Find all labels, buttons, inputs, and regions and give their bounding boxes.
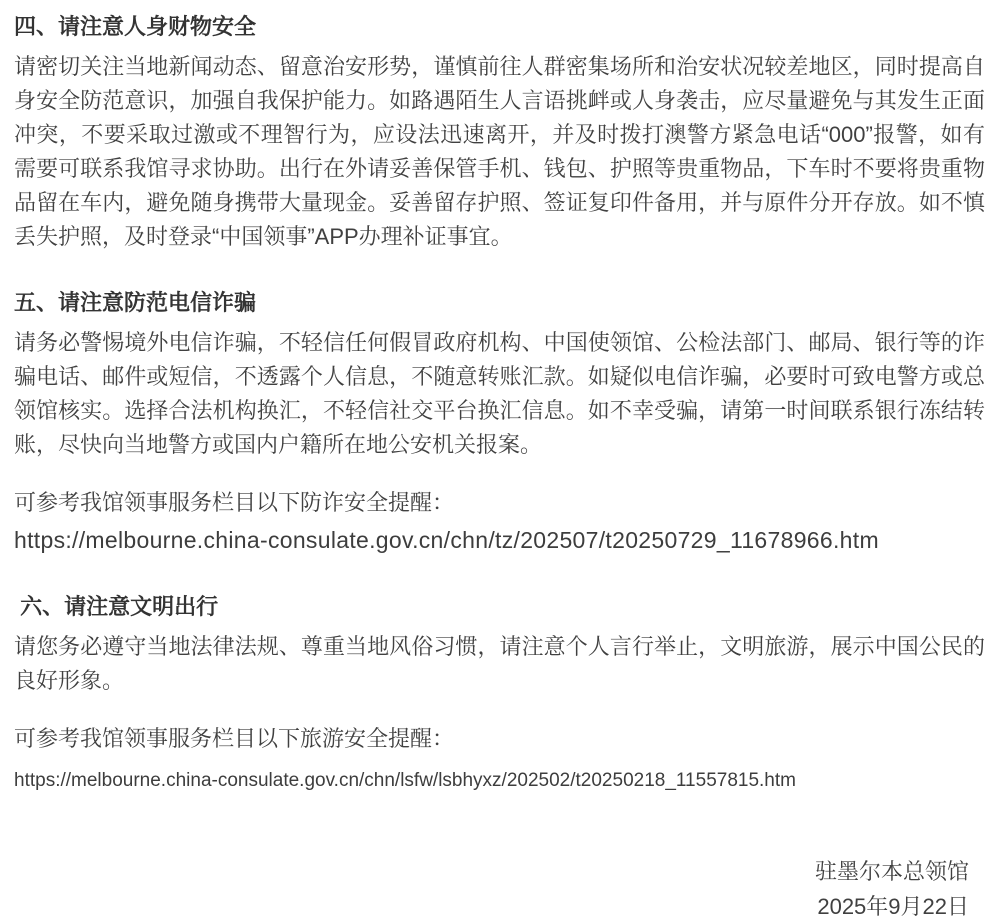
section-personal-safety-heading: 四、请注意人身财物安全 — [14, 12, 985, 42]
consular-notice-document: 四、请注意人身财物安全 请密切关注当地新闻动态、留意治安形势，谨慎前往人群密集场… — [0, 0, 999, 922]
section-civilized-travel-paragraph: 请您务必遵守当地法律法规、尊重当地风俗习惯，请注意个人言行举止，文明旅游，展示中… — [14, 630, 985, 698]
section-civilized-travel: 六、请注意文明出行 请您务必遵守当地法律法规、尊重当地风俗习惯，请注意个人言行举… — [14, 592, 985, 796]
anti-fraud-reference-url: https://melbourne.china-consulate.gov.cn… — [14, 522, 985, 558]
signature-date: 2025年9月22日 — [14, 889, 969, 922]
section-telecom-fraud-paragraph: 请务必警惕境外电信诈骗，不轻信任何假冒政府机构、中国使领馆、公检法部门、邮局、银… — [14, 326, 985, 462]
section-personal-safety: 四、请注意人身财物安全 请密切关注当地新闻动态、留意治安形势，谨慎前往人群密集场… — [14, 12, 985, 254]
signature-author: 驻墨尔本总领馆 — [14, 854, 969, 889]
travel-safety-reference-url: https://melbourne.china-consulate.gov.cn… — [14, 766, 985, 796]
anti-fraud-reference-label: 可参考我馆领事服务栏目以下防诈安全提醒： — [14, 486, 985, 520]
section-telecom-fraud-heading: 五、请注意防范电信诈骗 — [14, 288, 985, 318]
section-civilized-travel-heading: 六、请注意文明出行 — [14, 592, 985, 622]
travel-safety-reference-label: 可参考我馆领事服务栏目以下旅游安全提醒： — [14, 722, 985, 756]
signature-block: 驻墨尔本总领馆 2025年9月22日 — [14, 854, 985, 922]
section-personal-safety-paragraph: 请密切关注当地新闻动态、留意治安形势，谨慎前往人群密集场所和治安状况较差地区，同… — [14, 50, 985, 254]
section-telecom-fraud: 五、请注意防范电信诈骗 请务必警惕境外电信诈骗，不轻信任何假冒政府机构、中国使领… — [14, 288, 985, 558]
